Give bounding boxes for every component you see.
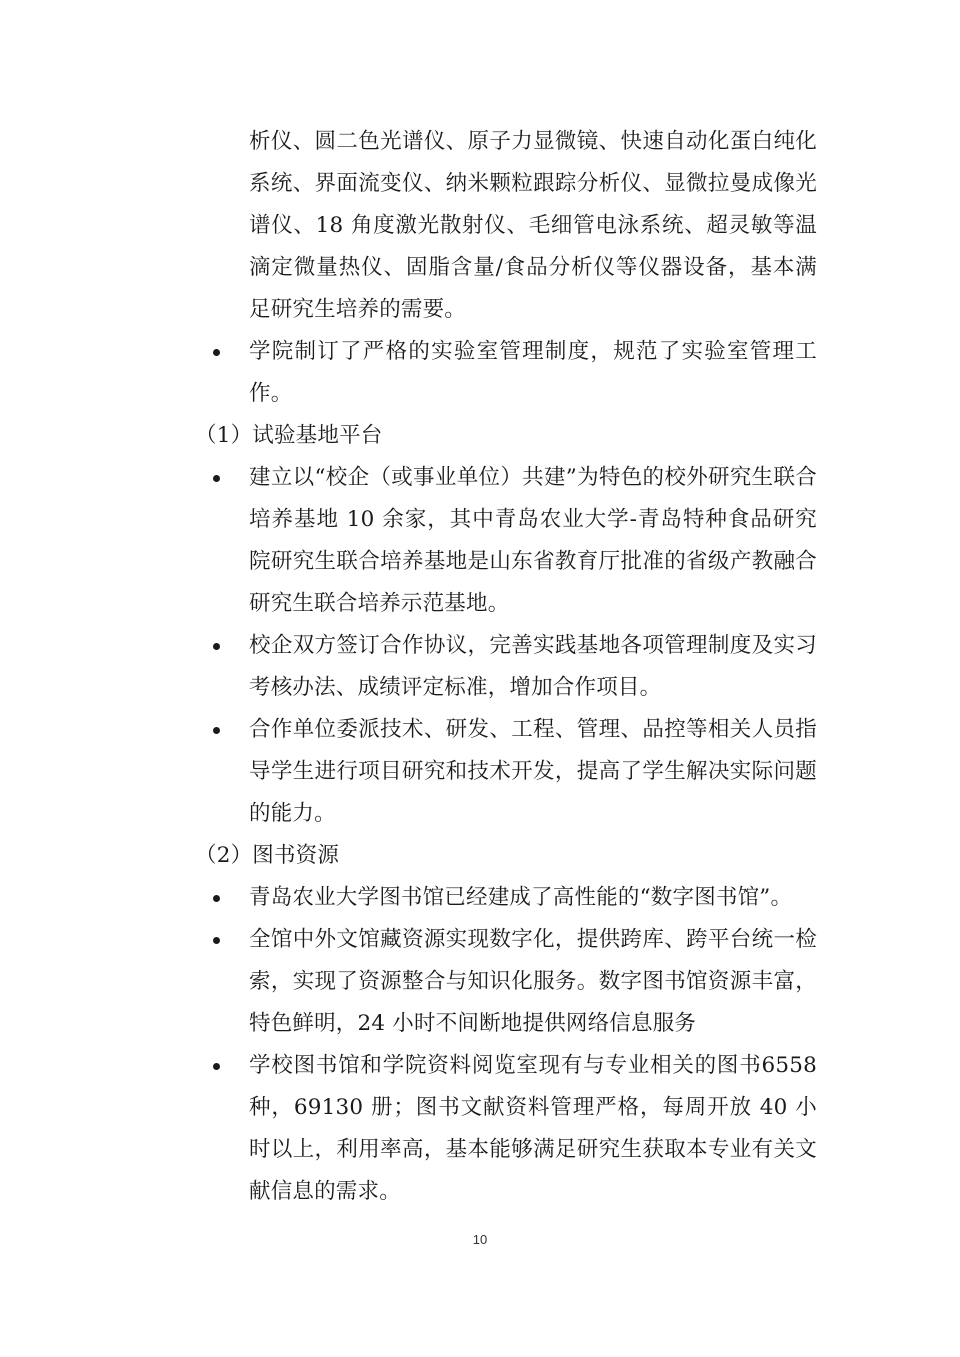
list-item: 学院制订了严格的实验室管理制度，规范了实验室管理工作。 [249,331,817,415]
continuation-paragraph: 析仪、圆二色光谱仪、原子力显微镜、快速自动化蛋白纯化系统、界面流变仪、纳米颗粒跟… [249,121,817,331]
list-item-text: 学校图书馆和学院资料阅览室现有与专业相关的图书6558种，69130 册；图书文… [249,1053,817,1204]
section-heading-library: （2）图书资源 [195,835,820,877]
list-item-text: 合作单位委派技术、研发、工程、管理、品控等相关人员指导学生进行项目研究和技术开发… [249,717,817,826]
list-item-text: 全馆中外文馆藏资源实现数字化，提供跨库、跨平台统一检索，实现了资源整合与知识化服… [249,927,817,1036]
bullet-icon [213,1063,220,1070]
bullet-icon [213,349,220,356]
list-item: 校企双方签订合作协议，完善实践基地各项管理制度及实习考核办法、成绩评定标准，增加… [249,625,817,709]
list-item: 青岛农业大学图书馆已经建成了高性能的“数字图书馆”。 [249,877,817,919]
list-item: 学校图书馆和学院资料阅览室现有与专业相关的图书6558种，69130 册；图书文… [249,1045,817,1213]
bullet-icon [213,643,220,650]
list-item-text: 建立以“校企（或事业单位）共建”为特色的校外研究生联合培养基地 10 余家，其中… [249,465,817,616]
document-page: 析仪、圆二色光谱仪、原子力显微镜、快速自动化蛋白纯化系统、界面流变仪、纳米颗粒跟… [0,0,960,1357]
list-item: 全馆中外文馆藏资源实现数字化，提供跨库、跨平台统一检索，实现了资源整合与知识化服… [249,919,817,1045]
bullet-icon [213,937,220,944]
bullet-icon [213,727,220,734]
page-body: 析仪、圆二色光谱仪、原子力显微镜、快速自动化蛋白纯化系统、界面流变仪、纳米颗粒跟… [195,121,820,1213]
page-number: 10 [0,1232,960,1247]
list-item: 合作单位委派技术、研发、工程、管理、品控等相关人员指导学生进行项目研究和技术开发… [249,709,817,835]
list-item: 建立以“校企（或事业单位）共建”为特色的校外研究生联合培养基地 10 余家，其中… [249,457,817,625]
bullet-icon [213,475,220,482]
section-heading-test-base: （1）试验基地平台 [195,415,820,457]
list-item-text: 学院制订了严格的实验室管理制度，规范了实验室管理工作。 [249,339,817,406]
list-item-text: 校企双方签订合作协议，完善实践基地各项管理制度及实习考核办法、成绩评定标准，增加… [249,633,817,700]
list-item-text: 青岛农业大学图书馆已经建成了高性能的“数字图书馆”。 [249,885,792,910]
bullet-icon [213,895,220,902]
